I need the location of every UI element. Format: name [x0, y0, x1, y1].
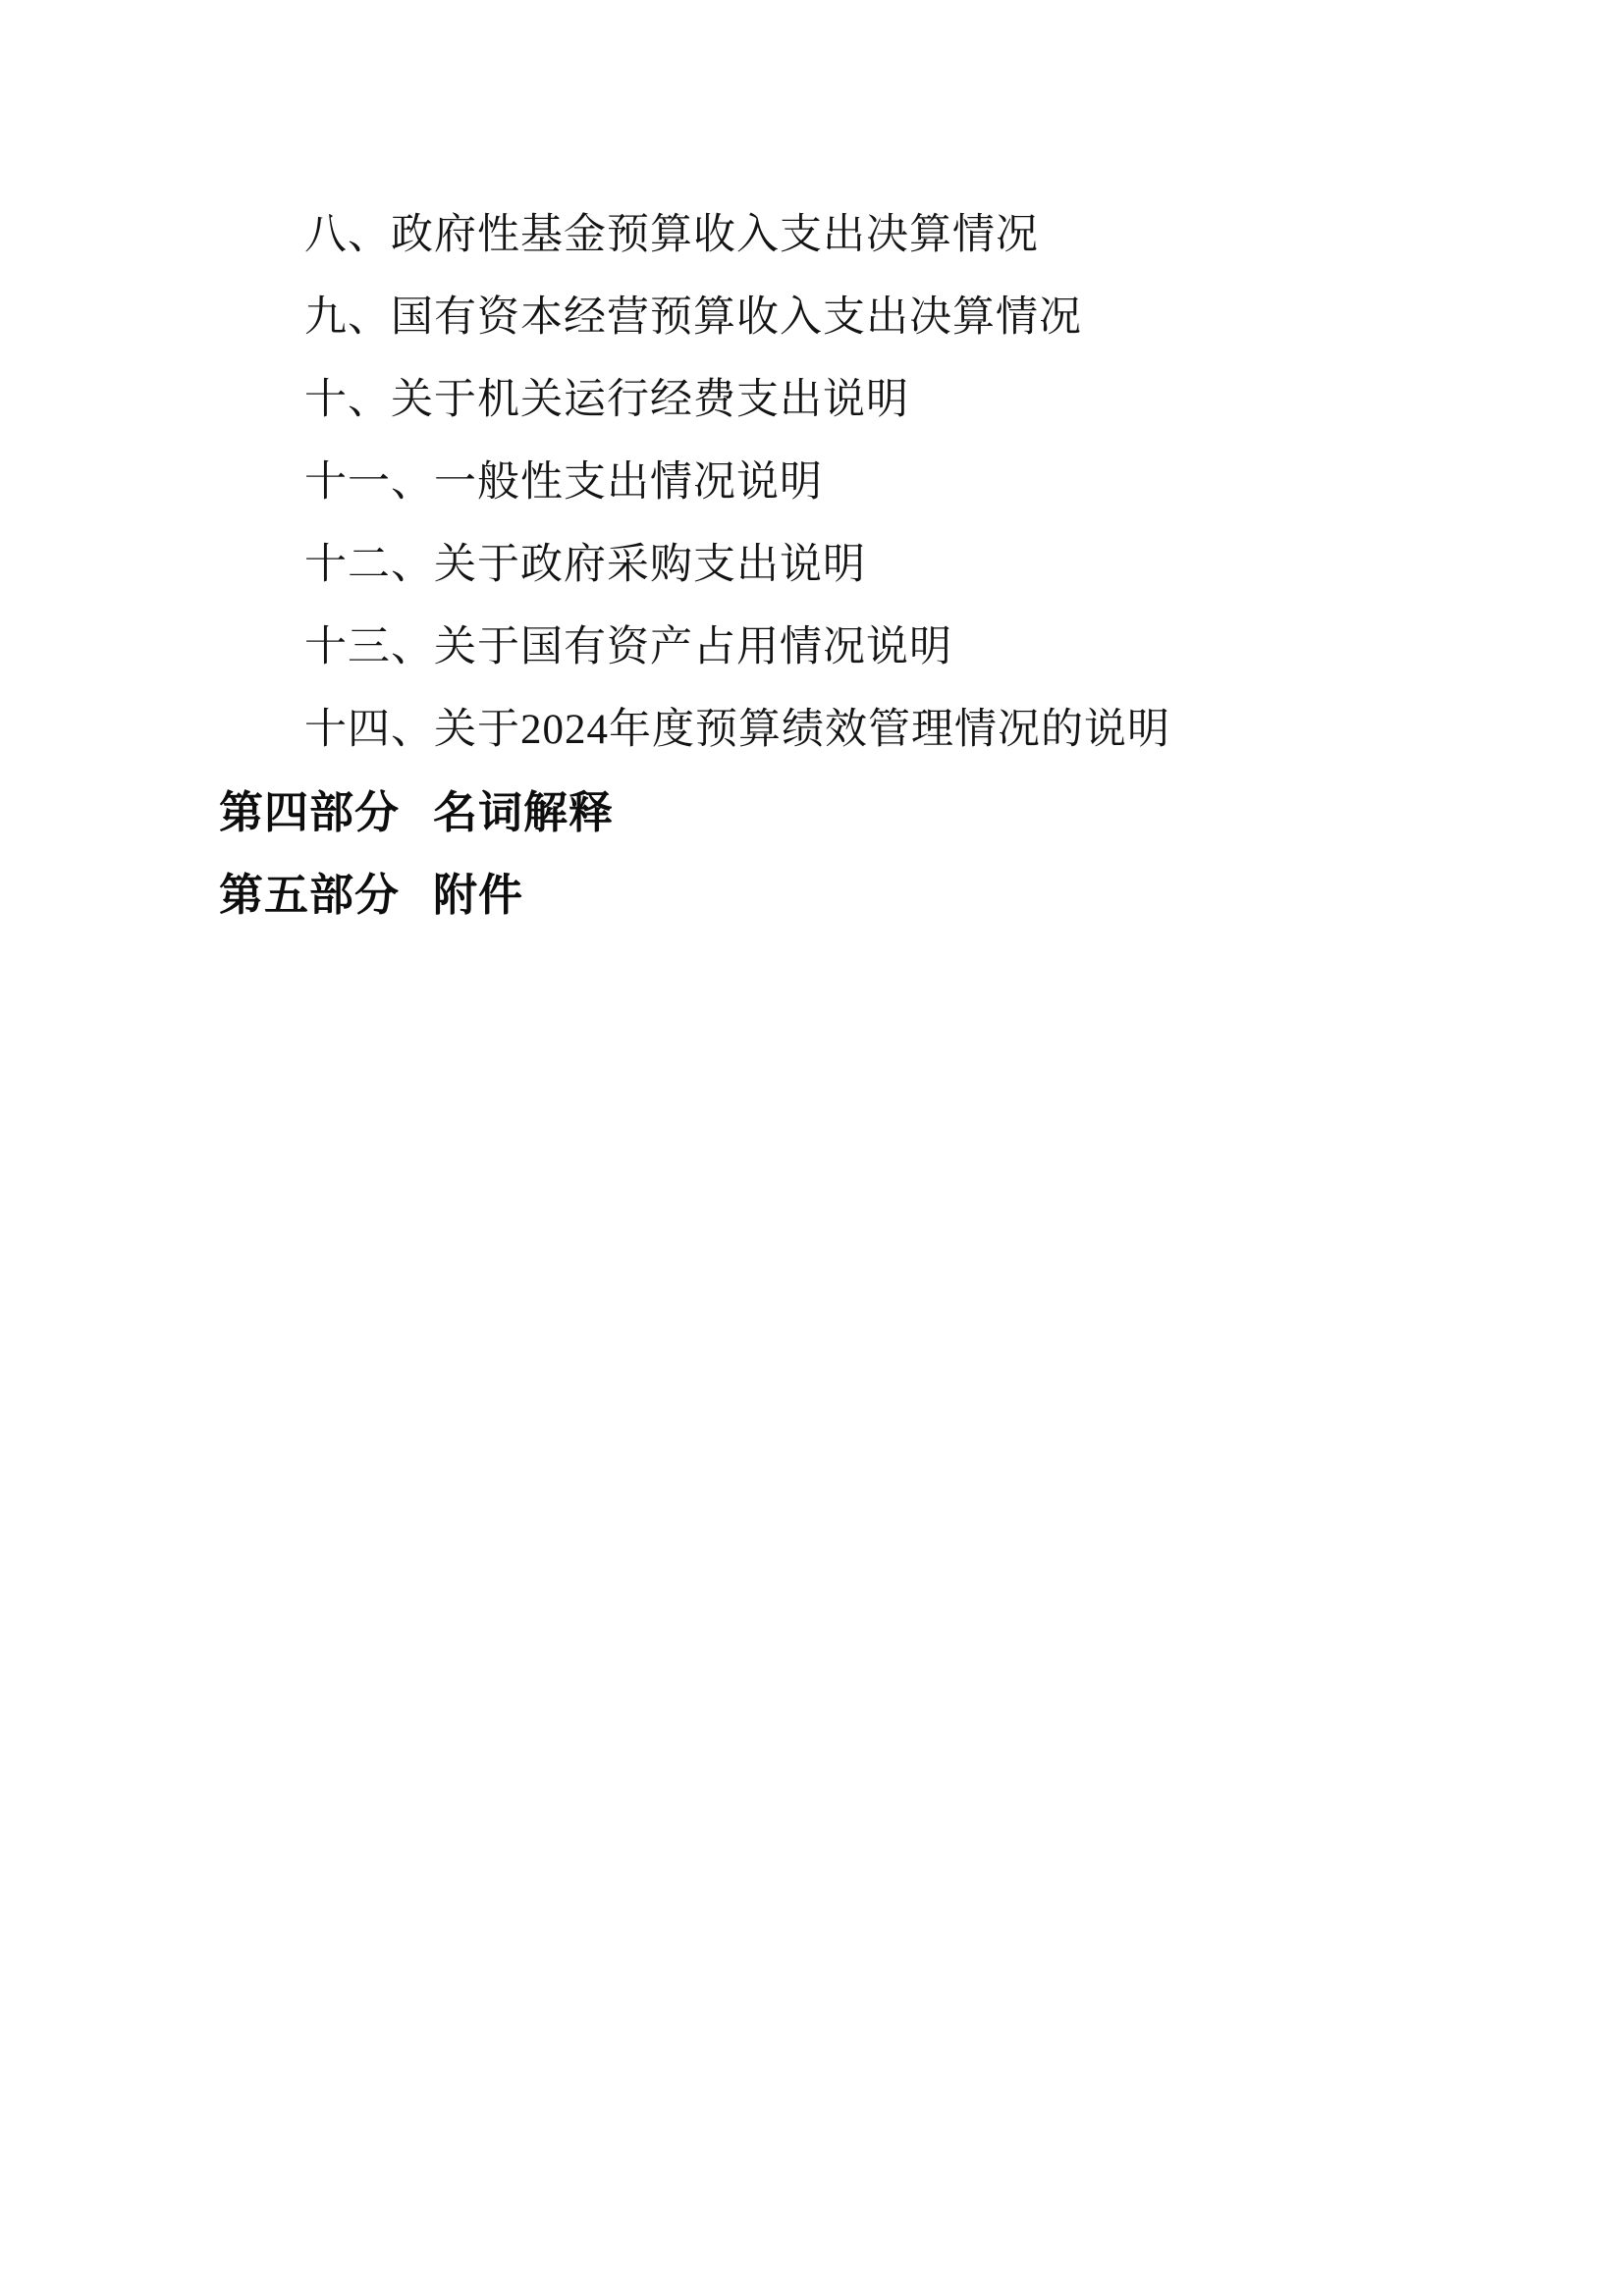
- toc-item-13: 十三、关于国有资产占用情况说明: [219, 607, 1545, 689]
- toc-part-heading-4: 第四部分名词解释: [219, 772, 1545, 854]
- toc-item-8: 八、政府性基金预算收入支出决算情况: [219, 194, 1545, 277]
- part-label: 第四部分: [219, 787, 400, 837]
- part-title: 名词解释: [433, 787, 614, 837]
- toc-item-14: 十四、关于2024年度预算绩效管理情况的说明: [219, 689, 1545, 772]
- toc-item-12: 十二、关于政府采购支出说明: [219, 524, 1545, 607]
- toc-part-heading-5: 第五部分附件: [219, 854, 1545, 936]
- toc-item-9: 九、国有资本经营预算收入支出决算情况: [219, 277, 1545, 359]
- toc-item-11: 十一、一般性支出情况说明: [219, 442, 1545, 524]
- document-page: 八、政府性基金预算收入支出决算情况 九、国有资本经营预算收入支出决算情况 十、关…: [0, 0, 1624, 2296]
- part-label: 第五部分: [219, 870, 400, 920]
- toc-item-10: 十、关于机关运行经费支出说明: [219, 359, 1545, 442]
- table-of-contents: 八、政府性基金预算收入支出决算情况 九、国有资本经营预算收入支出决算情况 十、关…: [219, 194, 1545, 936]
- part-title: 附件: [433, 870, 523, 920]
